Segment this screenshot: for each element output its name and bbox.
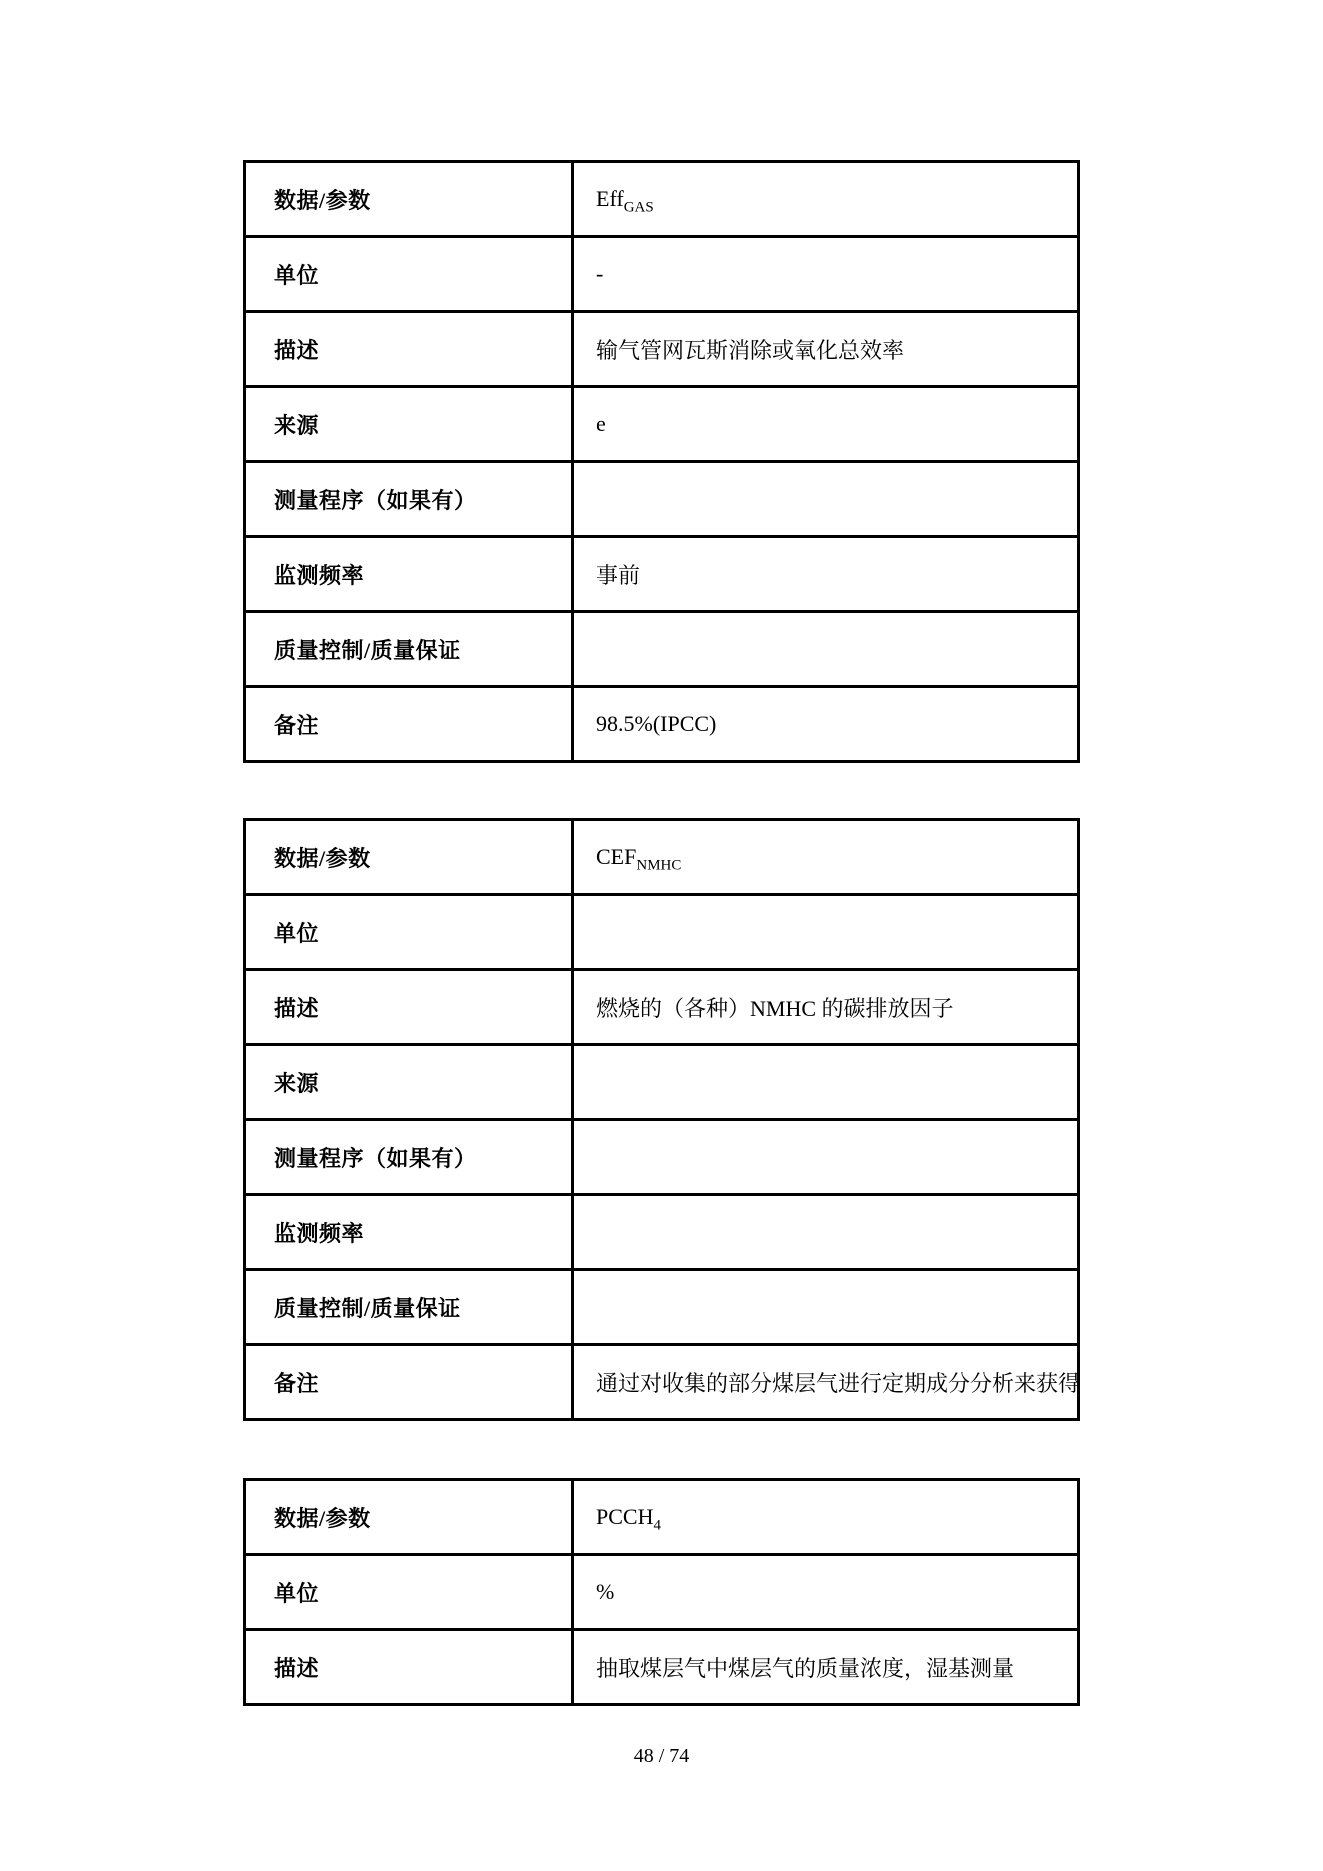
table-row: 监测频率事前 <box>245 537 1079 612</box>
value-text: CEF <box>596 844 636 869</box>
table-row: 单位 <box>245 895 1079 970</box>
value-text: 燃烧的（各种）NMHC 的碳排放因子 <box>596 996 954 1021</box>
row-label: 描述 <box>245 312 573 387</box>
row-value: PCCH4 <box>573 1480 1079 1555</box>
row-label: 测量程序（如果有） <box>245 462 573 537</box>
table-row: 备注通过对收集的部分煤层气进行定期成分分析来获得 <box>245 1345 1079 1420</box>
row-label: 监测频率 <box>245 1195 573 1270</box>
table-row: 描述输气管网瓦斯消除或氧化总效率 <box>245 312 1079 387</box>
value-subscript: NMHC <box>636 857 681 873</box>
table-row: 质量控制/质量保证 <box>245 612 1079 687</box>
row-label: 单位 <box>245 1555 573 1630</box>
value-text: % <box>596 1579 614 1604</box>
row-label: 单位 <box>245 237 573 312</box>
page-number: 48 / 74 <box>0 1745 1323 1768</box>
row-value <box>573 895 1079 970</box>
table-row: 描述抽取煤层气中煤层气的质量浓度，湿基测量 <box>245 1630 1079 1705</box>
value-subscript: 4 <box>653 1517 661 1533</box>
table-row: 来源e <box>245 387 1079 462</box>
value-text: 抽取煤层气中煤层气的质量浓度，湿基测量 <box>596 1656 1014 1681</box>
row-value <box>573 1045 1079 1120</box>
row-value: 输气管网瓦斯消除或氧化总效率 <box>573 312 1079 387</box>
parameter-table-1: 数据/参数EffGAS单位-描述输气管网瓦斯消除或氧化总效率来源e测量程序（如果… <box>243 160 1080 763</box>
row-value: CEFNMHC <box>573 820 1079 895</box>
table-row: 测量程序（如果有） <box>245 1120 1079 1195</box>
row-label: 来源 <box>245 387 573 462</box>
row-value: 98.5%(IPCC) <box>573 687 1079 762</box>
row-label: 测量程序（如果有） <box>245 1120 573 1195</box>
row-label: 质量控制/质量保证 <box>245 612 573 687</box>
table-row: 描述燃烧的（各种）NMHC 的碳排放因子 <box>245 970 1079 1045</box>
value-text: PCCH <box>596 1504 653 1529</box>
table-row: 备注98.5%(IPCC) <box>245 687 1079 762</box>
row-value: - <box>573 237 1079 312</box>
table-row: 数据/参数PCCH4 <box>245 1480 1079 1555</box>
row-value <box>573 462 1079 537</box>
parameter-table-3: 数据/参数PCCH4单位%描述抽取煤层气中煤层气的质量浓度，湿基测量 <box>243 1478 1080 1706</box>
row-label: 数据/参数 <box>245 1480 573 1555</box>
value-text: 事前 <box>596 563 640 588</box>
value-text: 98.5%(IPCC) <box>596 711 716 736</box>
document-page: 数据/参数EffGAS单位-描述输气管网瓦斯消除或氧化总效率来源e测量程序（如果… <box>0 0 1323 1871</box>
row-label: 质量控制/质量保证 <box>245 1270 573 1345</box>
row-value: 抽取煤层气中煤层气的质量浓度，湿基测量 <box>573 1630 1079 1705</box>
row-label: 单位 <box>245 895 573 970</box>
row-value: EffGAS <box>573 162 1079 237</box>
row-label: 数据/参数 <box>245 162 573 237</box>
table-row: 单位- <box>245 237 1079 312</box>
row-label: 数据/参数 <box>245 820 573 895</box>
value-text: - <box>596 261 603 286</box>
row-value: 事前 <box>573 537 1079 612</box>
row-value: 通过对收集的部分煤层气进行定期成分分析来获得 <box>573 1345 1079 1420</box>
parameter-table-2: 数据/参数CEFNMHC单位描述燃烧的（各种）NMHC 的碳排放因子来源测量程序… <box>243 818 1080 1421</box>
row-label: 监测频率 <box>245 537 573 612</box>
value-text: Eff <box>596 186 624 211</box>
value-text: 通过对收集的部分煤层气进行定期成分分析来获得 <box>596 1371 1079 1396</box>
table-row: 数据/参数CEFNMHC <box>245 820 1079 895</box>
row-value <box>573 612 1079 687</box>
row-label: 备注 <box>245 1345 573 1420</box>
row-value: e <box>573 387 1079 462</box>
value-text: 输气管网瓦斯消除或氧化总效率 <box>596 338 904 363</box>
table-row: 单位% <box>245 1555 1079 1630</box>
table-row: 数据/参数EffGAS <box>245 162 1079 237</box>
row-label: 描述 <box>245 970 573 1045</box>
row-value: % <box>573 1555 1079 1630</box>
value-text: e <box>596 411 606 436</box>
table-row: 测量程序（如果有） <box>245 462 1079 537</box>
row-label: 描述 <box>245 1630 573 1705</box>
table-row: 监测频率 <box>245 1195 1079 1270</box>
row-label: 来源 <box>245 1045 573 1120</box>
row-value <box>573 1120 1079 1195</box>
row-value: 燃烧的（各种）NMHC 的碳排放因子 <box>573 970 1079 1045</box>
table-row: 来源 <box>245 1045 1079 1120</box>
row-value <box>573 1270 1079 1345</box>
row-label: 备注 <box>245 687 573 762</box>
row-value <box>573 1195 1079 1270</box>
table-row: 质量控制/质量保证 <box>245 1270 1079 1345</box>
value-subscript: GAS <box>624 199 654 215</box>
